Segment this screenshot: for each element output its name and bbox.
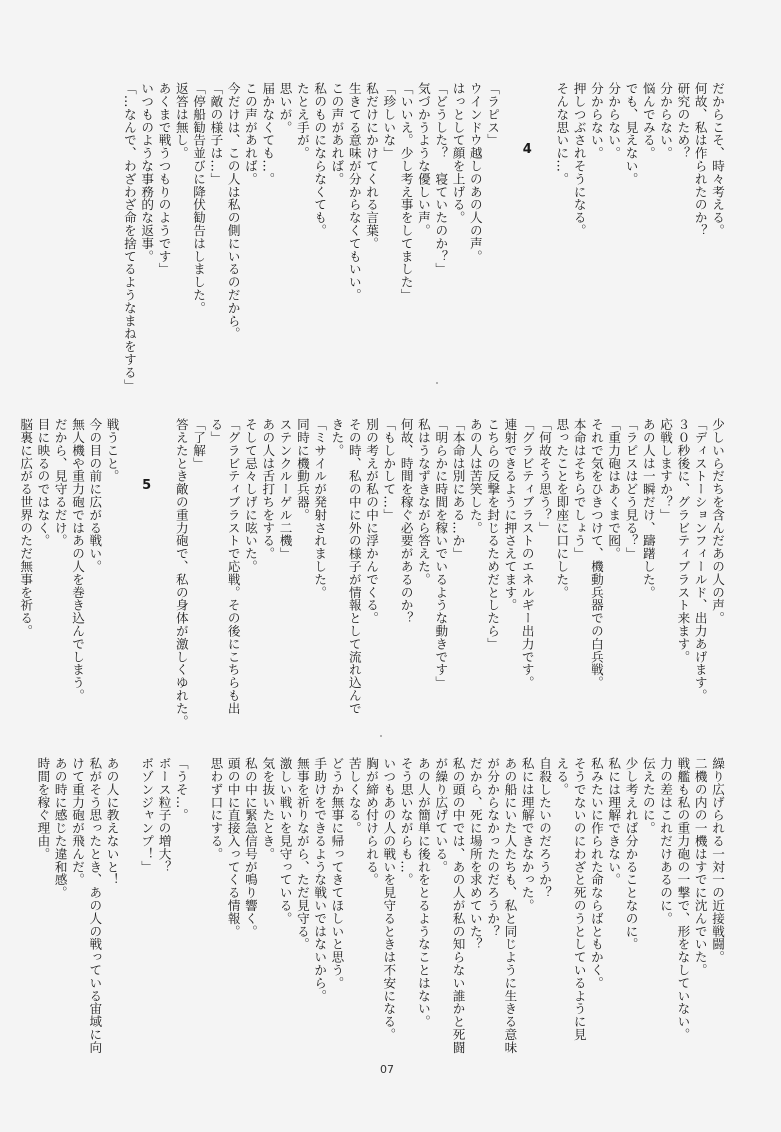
text-line: 目に映るのではなく。: [34, 418, 51, 738]
text-line: 「本命は別にある…か」: [449, 418, 466, 738]
text-line: こちらの反撃を封じるためだとしたら」: [484, 418, 501, 738]
text-line: 「ミサイルが発射されました。: [311, 418, 328, 738]
text-line: あの人は一瞬だけ、躊躇した。: [640, 418, 657, 738]
text-line: 返答は無し。: [173, 82, 190, 402]
text-line: 気を抜いたとき。: [259, 757, 276, 1077]
text-line: が繰り広げている。: [432, 757, 449, 1077]
text-line: 分からない。: [657, 82, 674, 402]
blank-column: [190, 757, 207, 1077]
text-line: 脳裏に広がる世界のただ無事を祈る。: [17, 418, 34, 738]
text-line: でも、見えない。: [622, 82, 639, 402]
text-line: 今だけは、この人は私の側にいるのだから。: [224, 82, 241, 402]
text-line: 何故、時間を稼ぐ必要があるのか？: [397, 418, 414, 738]
text-line: あくまで戦うつもりのようです」: [155, 82, 172, 402]
text-line: 激しい戦いを見守っている。: [276, 757, 293, 1077]
text-line: 無事を祈りながら、ただ見守る。: [294, 757, 311, 1077]
text-line: それで気をひきつけて、機動兵器での白兵戦。: [588, 418, 605, 738]
text-line: 私だけにかけてくれる言葉。: [363, 82, 380, 402]
text-line: ボース粒子の増大？: [155, 757, 172, 1077]
text-block-2: 少しいらだちを含んだあの人の声。「ディストーションフィールド、出力あげます。３０…: [17, 418, 726, 738]
text-line: 「グラビティブラストのエネルギー出力です。: [518, 418, 535, 738]
text-line: 少し考えれば分かることなのに。: [622, 757, 639, 1077]
text-line: 「いいえ。少し考え事をしてました」: [397, 82, 414, 402]
text-line: 繰り広げられる一対一の近接戦闘。: [709, 757, 726, 1077]
text-line: 私がそう思ったとき、あの人の戦っている宙域に向: [86, 757, 103, 1077]
text-line: そんな思いに…。: [553, 82, 570, 402]
text-line: いつもあの人の戦いを見守るときは不安になる。: [380, 757, 397, 1077]
scan-speck: [438, 806, 440, 808]
text-line: 私の中に緊急信号が鳴り響く。: [242, 757, 259, 1077]
page-number: 07: [380, 1063, 394, 1076]
text-line: える。: [553, 757, 570, 1077]
text-line: 同時に機動兵器。: [294, 418, 311, 738]
text-line: ステンクルーゲル二機」: [276, 418, 293, 738]
text-line: 分からない。: [605, 82, 622, 402]
text-line: 戦うこと。: [103, 418, 120, 738]
text-line: その時、私の中に外の様子が情報として流れ込んで: [345, 418, 362, 738]
text-line: いつものような事務的な返事。: [138, 82, 155, 402]
text-line: 苦しくなる。: [345, 757, 362, 1077]
text-line: 戦艦も私の重力砲の一撃で、形をなしていない。: [674, 757, 691, 1077]
text-block-1: だからこそ、時々考える。何故、私は作られたのか？研究のため？分からない。悩んでみ…: [121, 82, 726, 402]
text-line: だから、死に場所を求めていた？: [467, 757, 484, 1077]
blank-column: [536, 82, 553, 402]
text-line: 私みたいに作られた命ならばともかく。: [588, 757, 605, 1077]
text-line: 私のものにならなくても。: [311, 82, 328, 402]
text-line: 私には理解できない。: [605, 757, 622, 1077]
text-line: 思いが。: [276, 82, 293, 402]
text-line: ボゾンジャンプ！」: [138, 757, 155, 1077]
scan-speck: [436, 382, 438, 384]
text-line: あの人に教えないと！: [103, 757, 120, 1077]
text-line: 今の目の前に広がる戦い。: [86, 418, 103, 738]
text-line: 「何故そう思う？」: [536, 418, 553, 738]
text-line: 「…なんで、わざわざ命を捨てるようなまねをする」: [121, 82, 138, 402]
text-line: 手助けをできるような戦いではないから。: [311, 757, 328, 1077]
text-line: 「了解」: [190, 418, 207, 738]
text-line: 分からない。: [588, 82, 605, 402]
text-line: あの人は苦笑した。: [467, 418, 484, 738]
text-line: 力の差はこれだけあるのに。: [657, 757, 674, 1077]
text-line: 無人機や重力砲ではあの人を巻き込んでしまう。: [69, 418, 86, 738]
text-line: だから、見守るだけ。: [51, 418, 68, 738]
text-line: どうか無事に帰ってきてほしいと思う。: [328, 757, 345, 1077]
text-line: 思わず口にする。: [207, 757, 224, 1077]
text-line: 応戦しますか？」: [657, 418, 674, 738]
text-line: けて重力砲が飛んだ。: [69, 757, 86, 1077]
text-line: 答えたとき敵の重力砲で、私の身体が激しくゆれた。: [173, 418, 190, 738]
text-line: はっとして顔を上げる。: [449, 82, 466, 402]
text-line: あの時に感じた違和感。: [51, 757, 68, 1077]
text-line: そう思いながらも…。: [397, 757, 414, 1077]
blank-column: [121, 418, 138, 738]
text-line: 「重力砲はあくまで囮。: [605, 418, 622, 738]
text-line: あの人が簡単に後れをとるようなことはない。: [415, 757, 432, 1077]
text-line: 何故、私は作られたのか？: [691, 82, 708, 402]
text-line: 押しつぶされそうになる。: [570, 82, 587, 402]
text-line: 気づかうような優しい声。: [415, 82, 432, 402]
section-number: 4: [518, 82, 535, 402]
text-line: 「うそ…。: [173, 757, 190, 1077]
text-block-3: 繰り広げられる一対一の近接戦闘。二機の内の一機はすでに沈んでいた。戦艦も私の重力…: [34, 757, 726, 1077]
text-line: 胸が締め付けられる。: [363, 757, 380, 1077]
blank-column: [155, 418, 172, 738]
text-line: この声があれば。: [242, 82, 259, 402]
text-line: 「グラビティブラストで応戦。その後にこちらも出: [224, 418, 241, 738]
text-line: 頭の中に直接入ってくる情報。: [224, 757, 241, 1077]
text-line: 「どうした？ 寝ていたのか？」: [432, 82, 449, 402]
text-line: 思ったことを即座に口にした。: [553, 418, 570, 738]
text-line: 伝えたのに。: [640, 757, 657, 1077]
text-line: 「停船勧告並びに降伏勧告はしました。: [190, 82, 207, 402]
text-line: 生きてる意味が分からなくてもいい。: [345, 82, 362, 402]
text-line: 「ラピスはどう見る？」: [622, 418, 639, 738]
text-line: だからこそ、時々考える。: [709, 82, 726, 402]
section-number: 5: [138, 418, 155, 738]
scan-speck: [380, 735, 382, 737]
text-line: 「珍しいな」: [380, 82, 397, 402]
text-line: 研究のため？: [674, 82, 691, 402]
text-line: 「ラピス」: [484, 82, 501, 402]
text-line: 「ディストーションフィールド、出力あげます。: [691, 418, 708, 738]
text-line: 私はうなずきながら答えた。: [415, 418, 432, 738]
text-line: この声があれば。: [328, 82, 345, 402]
text-line: 自殺したいのだろうか？: [536, 757, 553, 1077]
text-line: 届かなくても…。: [259, 82, 276, 402]
text-line: 私には理解できなかった。: [518, 757, 535, 1077]
text-line: 本命はそちらでしょう」: [570, 418, 587, 738]
text-line: 時間を稼ぐ理由。: [34, 757, 51, 1077]
text-line: ３０秒後に、グラビティブラスト来ます。: [674, 418, 691, 738]
text-line: そうでないのにわざと死のうとしているように見: [570, 757, 587, 1077]
blank-column: [121, 757, 138, 1077]
text-line: が分からなかったのだろうか？: [484, 757, 501, 1077]
text-line: そして忌々しげに呟いた。: [242, 418, 259, 738]
text-line: 「敵の様子は…」: [207, 82, 224, 402]
text-line: 別の考えが私の中に浮かんでくる。: [363, 418, 380, 738]
text-line: る」: [207, 418, 224, 738]
text-line: 悩んでみる。: [640, 82, 657, 402]
text-line: ウインドウ越しのあの人の声。: [467, 82, 484, 402]
text-line: 少しいらだちを含んだあの人の声。: [709, 418, 726, 738]
text-line: たとえ手が。: [294, 82, 311, 402]
text-line: 連射できるように押さえてます。: [501, 418, 518, 738]
text-line: 「もしかして…」: [380, 418, 397, 738]
text-line: 「明らかに時間を稼いでいるような動きです」: [432, 418, 449, 738]
text-line: 私の頭の中では、あの人が私の知らない誰かと死闘: [449, 757, 466, 1077]
text-line: きた。: [328, 418, 345, 738]
text-line: 二機の内の一機はすでに沈んでいた。: [691, 757, 708, 1077]
text-line: あの人は舌打ちをする。: [259, 418, 276, 738]
text-line: あの船にいた人たちも、私と同じように生きる意味: [501, 757, 518, 1077]
blank-column: [501, 82, 518, 402]
